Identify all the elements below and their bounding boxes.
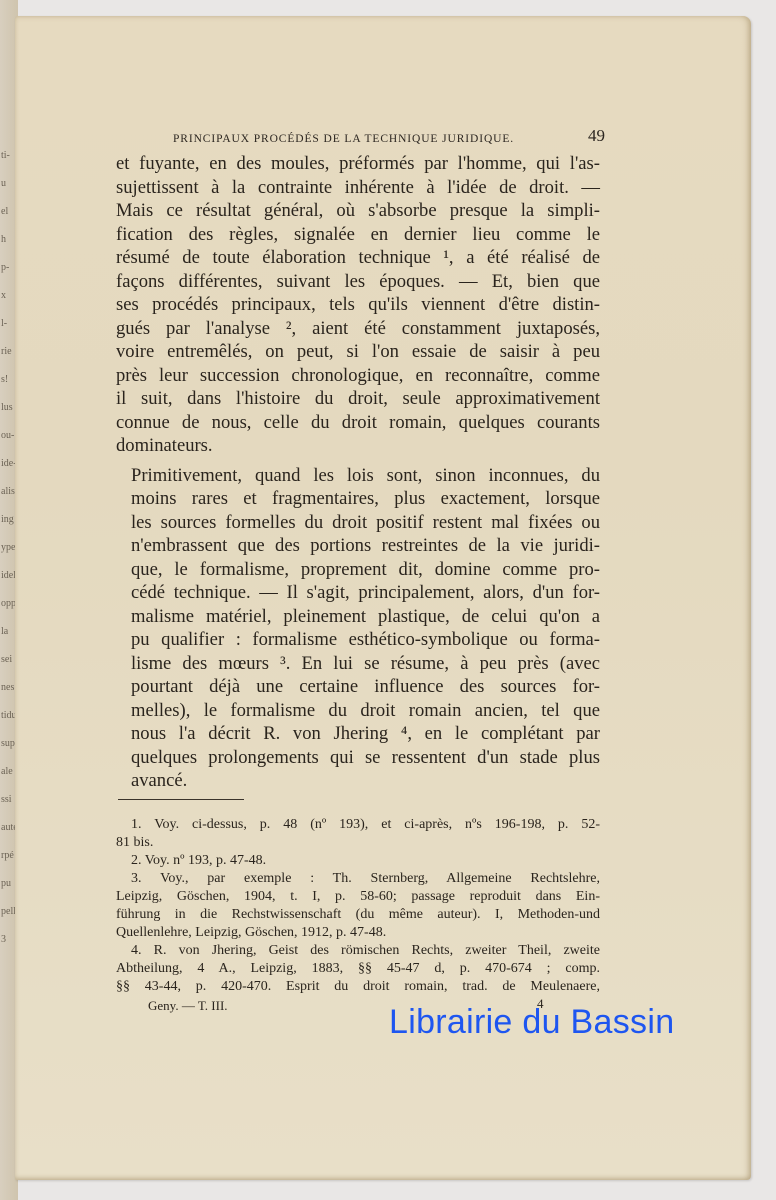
text-line: cédé technique. — Il s'agit, principalem… — [116, 581, 600, 605]
previous-page-fragment: pellé — [1, 906, 15, 917]
footnote-line: Quellenlehre, Leipzig, Göschen, 1912, p.… — [116, 924, 600, 942]
previous-page-fragment: el — [1, 206, 15, 217]
previous-page-fragment: sup — [1, 738, 15, 749]
printer-signature: Geny. — T. III. — [148, 998, 228, 1014]
text-line: quelques prolongements qui se ressentent… — [116, 746, 600, 770]
footnote-4: 4. R. von Jhering, Geist des römischen R… — [116, 942, 600, 996]
text-line: pu qualifier : formalisme esthético-symb… — [116, 628, 600, 652]
text-line: pourtant déjà une certaine influence des… — [116, 675, 600, 699]
text-line: voire entremêlés, on peut, si l'on essai… — [116, 340, 600, 364]
previous-page-fragment: nes — [1, 682, 15, 693]
footnote-line: führung in die Rechstwissenschaft (du mê… — [116, 906, 600, 924]
previous-page-fragment: lus — [1, 402, 15, 413]
footnote-line: Abtheilung, 4 A., Leipzig, 1883, §§ 45-4… — [116, 960, 600, 978]
previous-page-fragment: ti- — [1, 150, 15, 161]
body-text: et fuyante, en des moules, préformés par… — [116, 152, 600, 793]
text-line: n'embrassent que des portions restreinte… — [116, 534, 600, 558]
text-line: résumé de toute élaboration technique ¹,… — [116, 246, 600, 270]
footnote-2: 2. Voy. nº 193, p. 47-48. — [116, 852, 600, 870]
previous-page-fragment: idel — [1, 570, 15, 581]
text-line: connue de nous, celle du droit romain, q… — [116, 411, 600, 435]
paragraph-1: et fuyante, en des moules, préformés par… — [116, 152, 600, 458]
previous-page-fragment: ype — [1, 542, 15, 553]
text-line: gués par l'analyse ², aient été constamm… — [116, 317, 600, 341]
text-line: et fuyante, en des moules, préformés par… — [116, 152, 600, 176]
footnote-line: 1. Voy. ci-dessus, p. 48 (nº 193), et ci… — [116, 816, 600, 834]
previous-page-fragment: s! — [1, 374, 15, 385]
previous-page-fragment: la — [1, 626, 15, 637]
previous-page-fragment: p- — [1, 262, 15, 273]
previous-page-fragment: ing — [1, 514, 15, 525]
previous-page-fragment: opp — [1, 598, 15, 609]
previous-page-fragment: auté — [1, 822, 15, 833]
footnote-line: 3. Voy., par exemple : Th. Sternberg, Al… — [116, 870, 600, 888]
previous-page-fragment: ou- — [1, 430, 15, 441]
previous-page-fragment: u — [1, 178, 15, 189]
footnotes: 1. Voy. ci-dessus, p. 48 (nº 193), et ci… — [116, 816, 600, 996]
text-line: près leur succession chronologique, en r… — [116, 364, 600, 388]
text-line: malisme matériel, pleinement plastique, … — [116, 605, 600, 629]
footnote-line: Leipzig, Göschen, 1904, t. I, p. 58-60; … — [116, 888, 600, 906]
previous-page-fragment: alis — [1, 486, 15, 497]
previous-page-fragment: rie — [1, 346, 15, 357]
previous-page-fragment: sei — [1, 654, 15, 665]
text-line: que, le formalisme, proprement dit, domi… — [116, 558, 600, 582]
previous-page-fragment: ale — [1, 766, 15, 777]
page-number: 49 — [588, 126, 605, 146]
previous-page-fragment: l- — [1, 318, 15, 329]
text-line: lisme des mœurs ³. En lui se résume, à p… — [116, 652, 600, 676]
footnote-line: §§ 43-44, p. 420-470. Esprit du droit ro… — [116, 978, 600, 996]
previous-page-fragment: pu — [1, 878, 15, 889]
footnote-divider — [118, 799, 244, 800]
previous-page-fragment: x — [1, 290, 15, 301]
text-line: les sources formelles du droit positif r… — [116, 511, 600, 535]
text-line: sujettissent à la contrainte inhérente à… — [116, 176, 600, 200]
running-head-title: PRINCIPAUX PROCÉDÉS DE LA TECHNIQUE JURI… — [173, 133, 514, 145]
previous-page-fragment: ide- — [1, 458, 15, 469]
previous-page-fragment: rpé — [1, 850, 15, 861]
text-line: façons différentes, suivant les époques.… — [116, 270, 600, 294]
text-line: Mais ce résultat général, où s'absorbe p… — [116, 199, 600, 223]
text-line: avancé. — [116, 769, 600, 793]
footnote-line: 81 bis. — [116, 834, 600, 852]
previous-page-fragment: h — [1, 234, 15, 245]
footnote-line: 2. Voy. nº 193, p. 47-48. — [116, 852, 600, 870]
text-line: Primitivement, quand les lois sont, sino… — [116, 464, 600, 488]
footnote-line: 4. R. von Jhering, Geist des römischen R… — [116, 942, 600, 960]
text-line: melles), le formalisme du droit romain a… — [116, 699, 600, 723]
paragraph-2: Primitivement, quand les lois sont, sino… — [116, 464, 600, 793]
text-line: nous l'a décrit R. von Jhering ⁴, en le … — [116, 722, 600, 746]
watermark: Librairie du Bassin — [389, 1003, 674, 1042]
text-line: dominateurs. — [116, 434, 600, 458]
text-line: il suit, dans l'histoire du droit, seule… — [116, 387, 600, 411]
text-line: ses procédés principaux, tels qu'ils vie… — [116, 293, 600, 317]
footnote-1: 1. Voy. ci-dessus, p. 48 (nº 193), et ci… — [116, 816, 600, 852]
text-line: moins rares et fragmentaires, plus exact… — [116, 487, 600, 511]
previous-page-fragment: tidu — [1, 710, 15, 721]
previous-page-fragment: 3 — [1, 934, 15, 945]
previous-page-fragment: ssi — [1, 794, 15, 805]
text-line: fication des règles, signalée en dernier… — [116, 223, 600, 247]
footnote-3: 3. Voy., par exemple : Th. Sternberg, Al… — [116, 870, 600, 942]
running-head: PRINCIPAUX PROCÉDÉS DE LA TECHNIQUE JURI… — [173, 129, 605, 147]
